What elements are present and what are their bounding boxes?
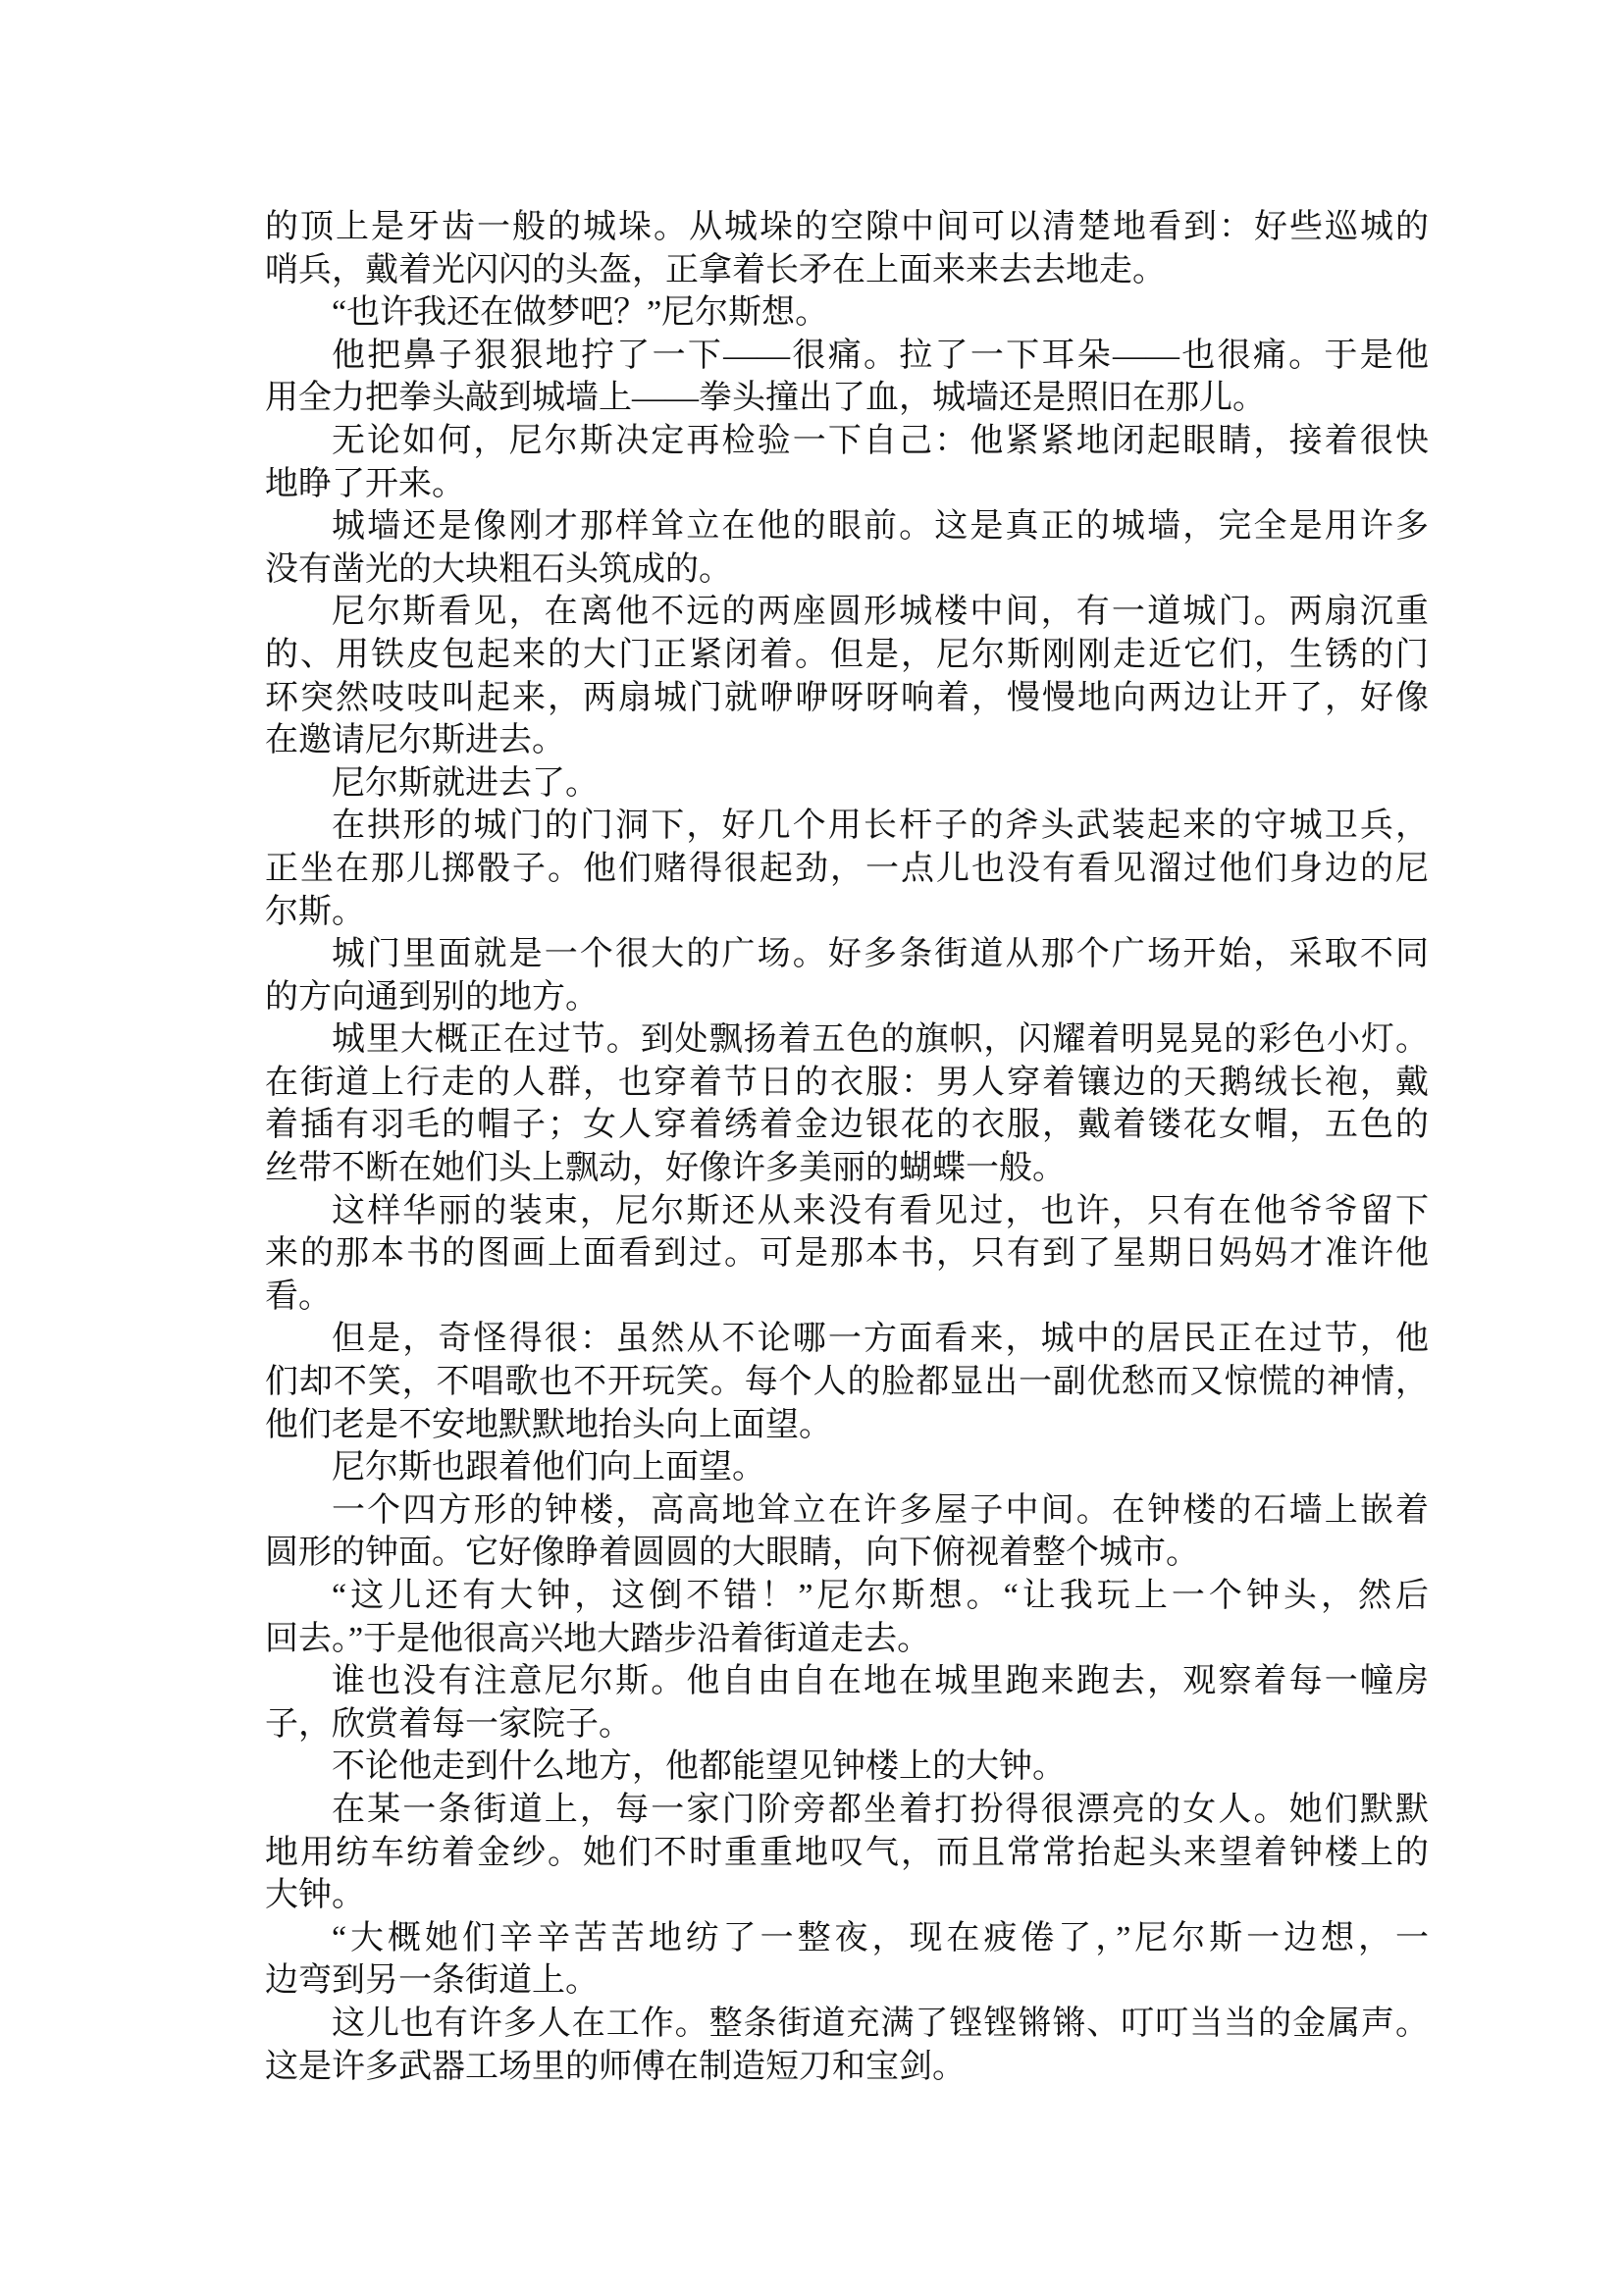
text-line: 这儿也有许多人在工作。整条街道充满了铿铿锵锵、叮叮当当的金属声。 (265, 2003, 1429, 2046)
text-line: “也许我还在做梦吧？”尼尔斯想。 (265, 291, 1429, 335)
paragraph: “也许我还在做梦吧？”尼尔斯想。 (265, 291, 1429, 335)
text-line: 边弯到另一条街道上。 (265, 1959, 1429, 2003)
text-line: 在邀请尼尔斯进去。 (265, 719, 1429, 762)
paragraph: 城门里面就是一个很大的广场。好多条街道从那个广场开始，采取不同的方向通到别的地方… (265, 933, 1429, 1018)
page: { "page": { "background_color": "#ffffff… (0, 0, 1624, 2294)
text-line: 尼尔斯就进去了。 (265, 762, 1429, 806)
text-line: 城里大概正在过节。到处飘扬着五色的旗帜，闪耀着明晃晃的彩色小灯。 (265, 1018, 1429, 1062)
text-line: 但是，奇怪得很：虽然从不论哪一方面看来，城中的居民正在过节，他 (265, 1318, 1429, 1361)
text-line: 在某一条街道上，每一家门阶旁都坐着打扮得很漂亮的女人。她们默默 (265, 1789, 1429, 1832)
text-line: 尼尔斯也跟着他们向上面望。 (265, 1446, 1429, 1489)
paragraph: 但是，奇怪得很：虽然从不论哪一方面看来，城中的居民正在过节，他们却不笑，不唱歌也… (265, 1318, 1429, 1446)
paragraph: 城墙还是像刚才那样耸立在他的眼前。这是真正的城墙，完全是用许多没有凿光的大块粗石… (265, 505, 1429, 591)
text-line: 正坐在那儿掷骰子。他们赌得很起劲，一点儿也没有看见溜过他们身边的尼 (265, 848, 1429, 891)
text-line: 哨兵，戴着光闪闪的头盔，正拿着长矛在上面来来去去地走。 (265, 249, 1429, 292)
text-line: 来的那本书的图画上面看到过。可是那本书，只有到了星期日妈妈才准许他 (265, 1232, 1429, 1276)
book-page: 的顶上是牙齿一般的城垛。从城垛的空隙中间可以清楚地看到：好些巡城的哨兵，戴着光闪… (0, 0, 1624, 2294)
text-line: 看。 (265, 1276, 1429, 1319)
paragraph: 他把鼻子狠狠地拧了一下——很痛。拉了一下耳朵——也很痛。于是他用全力把拳头敲到城… (265, 335, 1429, 420)
text-line: 这样华丽的装束，尼尔斯还从来没有看见过，也许，只有在他爷爷留下 (265, 1190, 1429, 1233)
text-line: 他把鼻子狠狠地拧了一下——很痛。拉了一下耳朵——也很痛。于是他 (265, 335, 1429, 378)
text-line: 在街道上行走的人群，也穿着节日的衣服：男人穿着镶边的天鹅绒长袍，戴 (265, 1062, 1429, 1105)
paragraph: 尼尔斯就进去了。 (265, 762, 1429, 806)
text-line: 尔斯。 (265, 891, 1429, 934)
paragraph: 在拱形的城门的门洞下，好几个用长杆子的斧头武装起来的守城卫兵，正坐在那儿掷骰子。… (265, 805, 1429, 933)
paragraph: 一个四方形的钟楼，高高地耸立在许多屋子中间。在钟楼的石墙上嵌着圆形的钟面。它好像… (265, 1489, 1429, 1575)
page-text: 的顶上是牙齿一般的城垛。从城垛的空隙中间可以清楚地看到：好些巡城的哨兵，戴着光闪… (265, 206, 1429, 2088)
text-line: 谁也没有注意尼尔斯。他自由自在地在城里跑来跑去，观察着每一幢房 (265, 1660, 1429, 1703)
text-line: 尼尔斯看见，在离他不远的两座圆形城楼中间，有一道城门。两扇沉重 (265, 591, 1429, 634)
text-line: 着插有羽毛的帽子；女人穿着绣着金边银花的衣服，戴着镂花女帽，五色的 (265, 1104, 1429, 1147)
text-line: 城墙还是像刚才那样耸立在他的眼前。这是真正的城墙，完全是用许多 (265, 505, 1429, 548)
paragraph: 城里大概正在过节。到处飘扬着五色的旗帜，闪耀着明晃晃的彩色小灯。在街道上行走的人… (265, 1018, 1429, 1189)
text-line: 地用纺车纺着金纱。她们不时重重地叹气，而且常常抬起头来望着钟楼上的 (265, 1832, 1429, 1875)
paragraph: 尼尔斯也跟着他们向上面望。 (265, 1446, 1429, 1489)
text-line: “这儿还有大钟，这倒不错！”尼尔斯想。“让我玩上一个钟头，然后 (265, 1575, 1429, 1618)
paragraph: 的顶上是牙齿一般的城垛。从城垛的空隙中间可以清楚地看到：好些巡城的哨兵，戴着光闪… (265, 206, 1429, 291)
text-line: 的顶上是牙齿一般的城垛。从城垛的空隙中间可以清楚地看到：好些巡城的 (265, 206, 1429, 249)
text-line: 他们老是不安地默默地抬头向上面望。 (265, 1404, 1429, 1447)
text-line: 回去。”于是他很高兴地大踏步沿着街道走去。 (265, 1618, 1429, 1661)
text-line: 们却不笑，不唱歌也不开玩笑。每个人的脸都显出一副优愁而又惊慌的神情， (265, 1361, 1429, 1404)
text-line: “大概她们辛辛苦苦地纺了一整夜，现在疲倦了，”尼尔斯一边想，一 (265, 1917, 1429, 1960)
text-line: 圆形的钟面。它好像睁着圆圆的大眼睛，向下俯视着整个城市。 (265, 1532, 1429, 1575)
text-line: 的方向通到别的地方。 (265, 976, 1429, 1019)
text-line: 用全力把拳头敲到城墙上——拳头撞出了血，城墙还是照旧在那儿。 (265, 377, 1429, 420)
text-line: 大钟。 (265, 1874, 1429, 1917)
paragraph: “大概她们辛辛苦苦地纺了一整夜，现在疲倦了，”尼尔斯一边想，一边弯到另一条街道上… (265, 1917, 1429, 2003)
text-line: 不论他走到什么地方，他都能望见钟楼上的大钟。 (265, 1746, 1429, 1789)
paragraph: 这样华丽的装束，尼尔斯还从来没有看见过，也许，只有在他爷爷留下来的那本书的图画上… (265, 1190, 1429, 1319)
paragraph: “这儿还有大钟，这倒不错！”尼尔斯想。“让我玩上一个钟头，然后回去。”于是他很高… (265, 1575, 1429, 1660)
text-line: 一个四方形的钟楼，高高地耸立在许多屋子中间。在钟楼的石墙上嵌着 (265, 1489, 1429, 1533)
text-line: 地睁了开来。 (265, 463, 1429, 506)
text-line: 没有凿光的大块粗石头筑成的。 (265, 548, 1429, 592)
text-line: 环突然吱吱叫起来，两扇城门就咿咿呀呀响着，慢慢地向两边让开了，好像 (265, 677, 1429, 720)
paragraph: 不论他走到什么地方，他都能望见钟楼上的大钟。 (265, 1746, 1429, 1789)
paragraph: 在某一条街道上，每一家门阶旁都坐着打扮得很漂亮的女人。她们默默地用纺车纺着金纱。… (265, 1789, 1429, 1917)
paragraph: 无论如何，尼尔斯决定再检验一下自己：他紧紧地闭起眼睛，接着很快地睁了开来。 (265, 420, 1429, 505)
paragraph: 这儿也有许多人在工作。整条街道充满了铿铿锵锵、叮叮当当的金属声。这是许多武器工场… (265, 2003, 1429, 2088)
text-line: 这是许多武器工场里的师傅在制造短刀和宝剑。 (265, 2046, 1429, 2089)
text-line: 在拱形的城门的门洞下，好几个用长杆子的斧头武装起来的守城卫兵， (265, 805, 1429, 848)
text-line: 丝带不断在她们头上飘动，好像许多美丽的蝴蝶一般。 (265, 1147, 1429, 1190)
paragraph: 谁也没有注意尼尔斯。他自由自在地在城里跑来跑去，观察着每一幢房子，欣赏着每一家院… (265, 1660, 1429, 1746)
text-line: 的、用铁皮包起来的大门正紧闭着。但是，尼尔斯刚刚走近它们，生锈的门 (265, 634, 1429, 677)
text-line: 无论如何，尼尔斯决定再检验一下自己：他紧紧地闭起眼睛，接着很快 (265, 420, 1429, 463)
text-line: 城门里面就是一个很大的广场。好多条街道从那个广场开始，采取不同 (265, 933, 1429, 976)
text-line: 子，欣赏着每一家院子。 (265, 1703, 1429, 1747)
paragraph: 尼尔斯看见，在离他不远的两座圆形城楼中间，有一道城门。两扇沉重的、用铁皮包起来的… (265, 591, 1429, 761)
